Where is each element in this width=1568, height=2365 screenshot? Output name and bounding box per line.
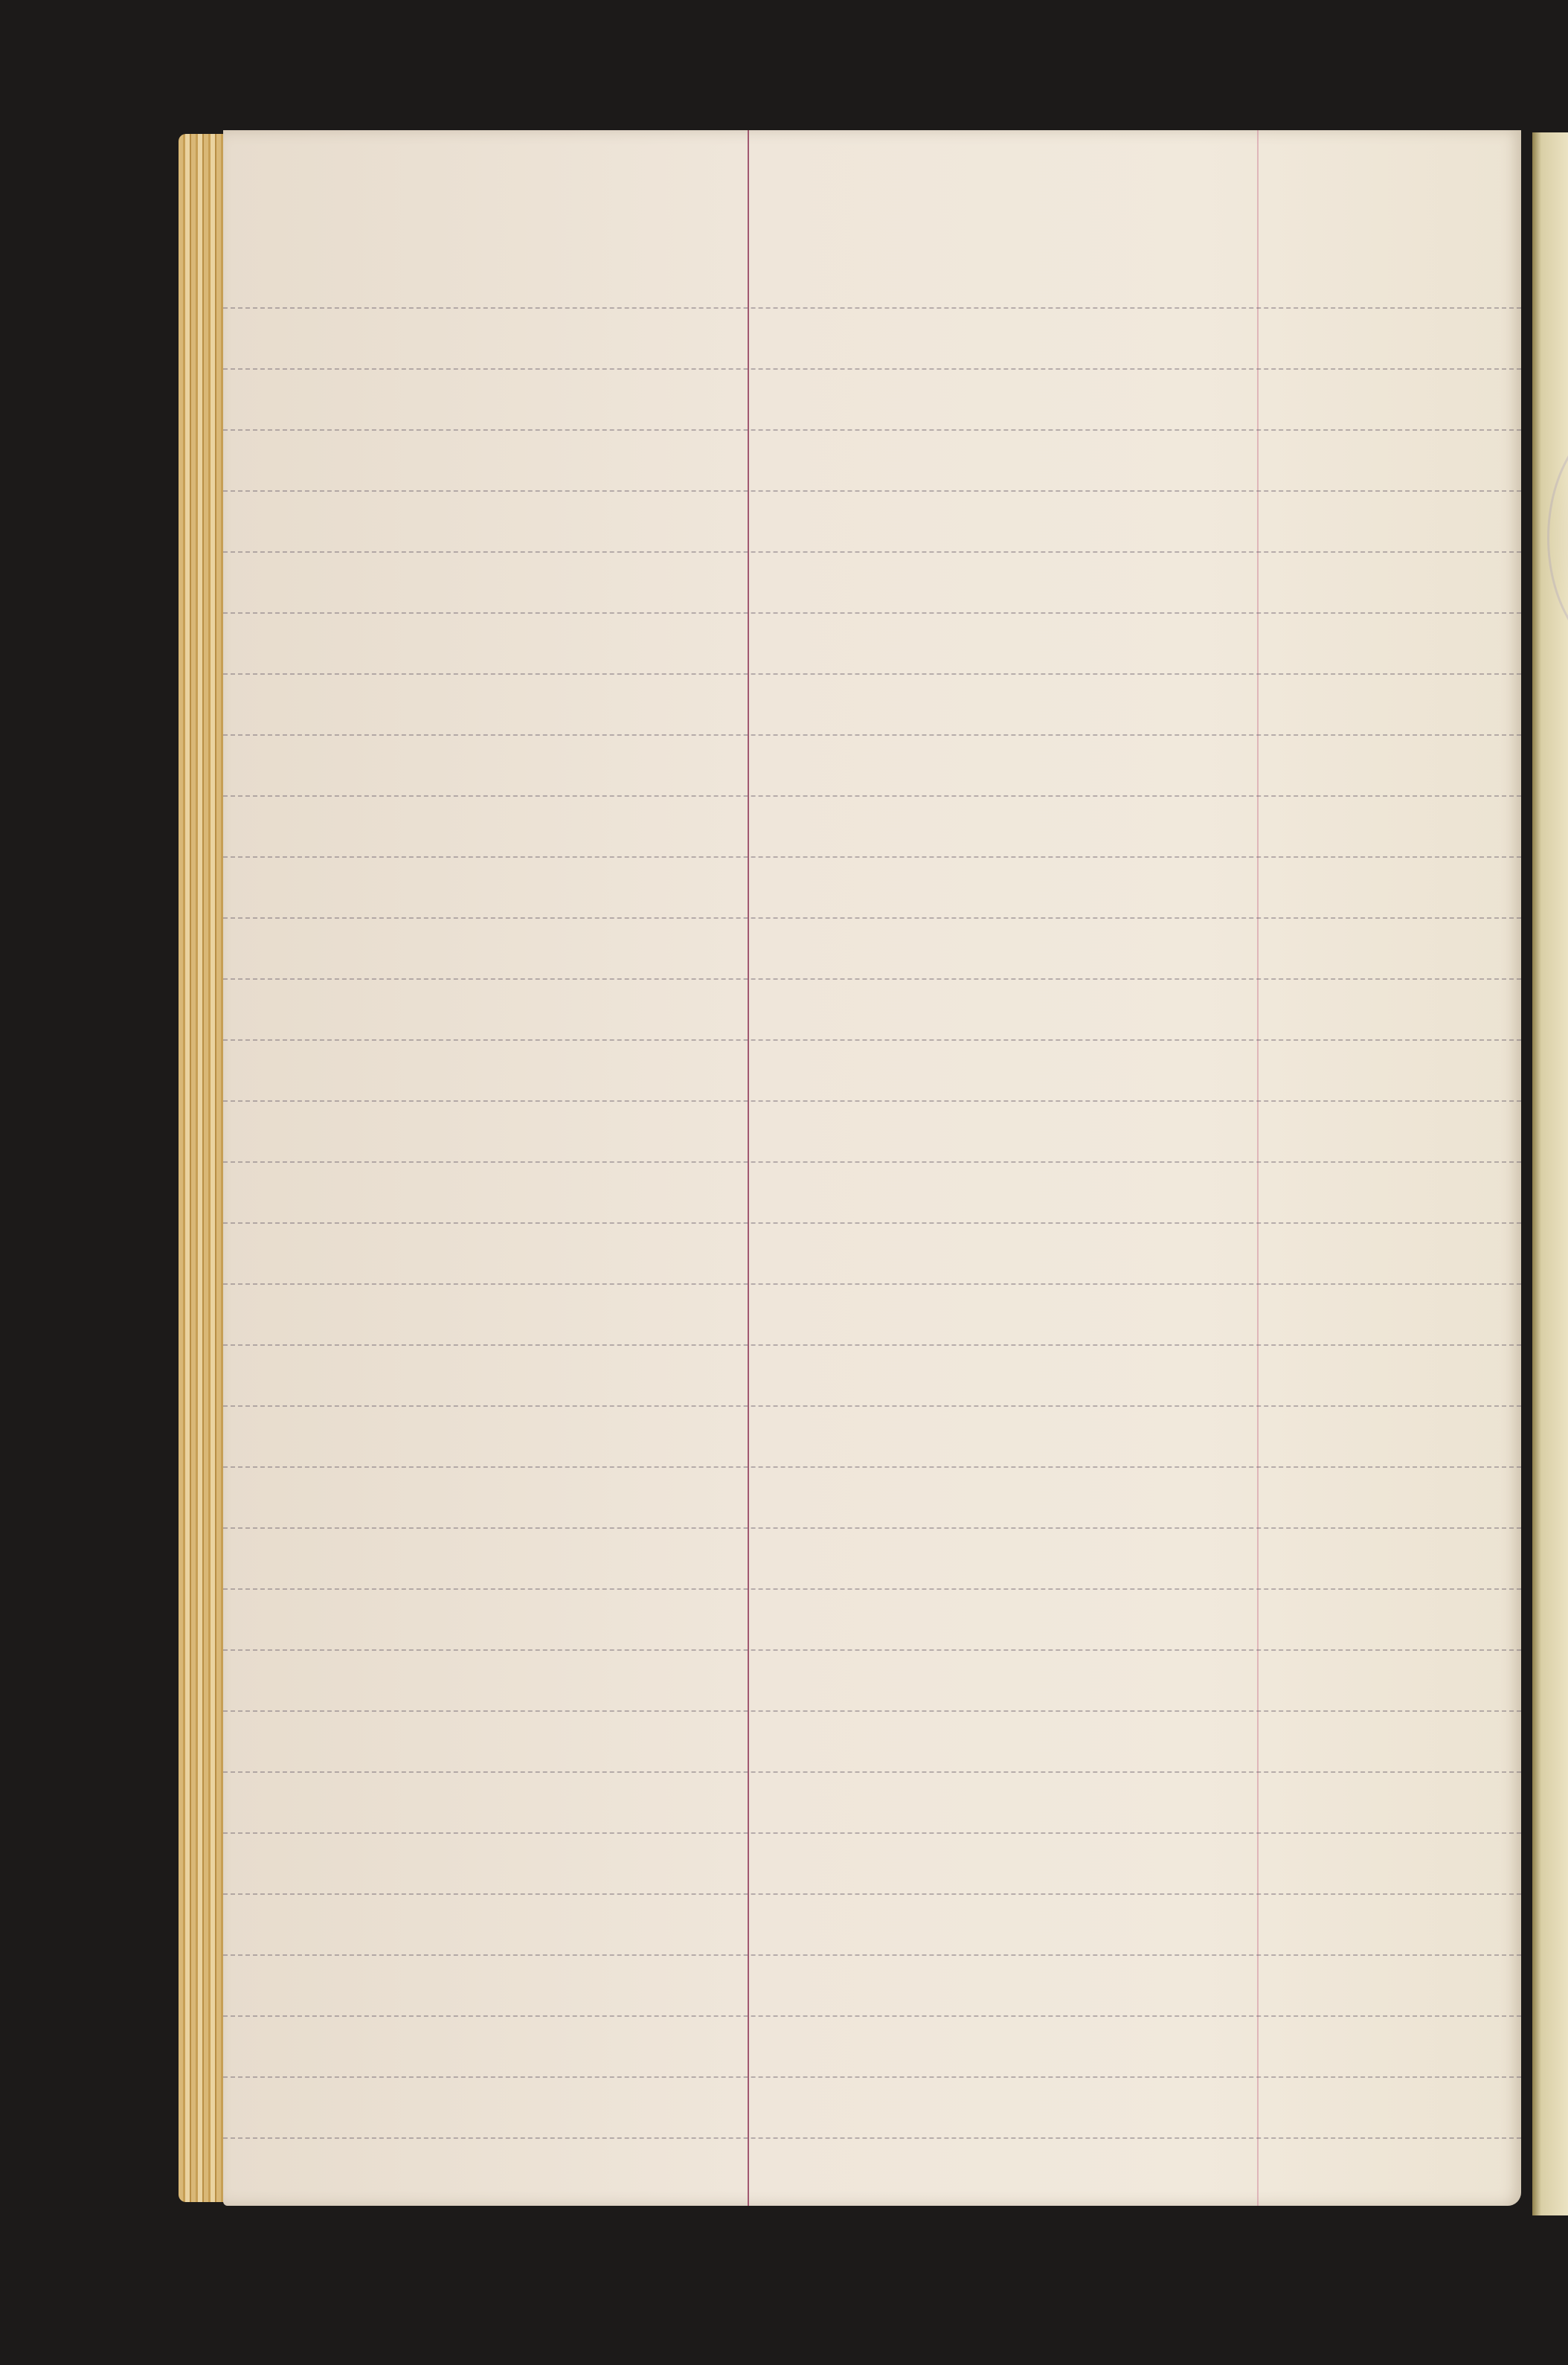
rule-line [223, 551, 1521, 553]
rule-line [223, 1649, 1521, 1651]
rule-line [223, 368, 1521, 370]
rule-line [223, 1222, 1521, 1224]
rule-line [223, 1954, 1521, 1956]
ledger-page [223, 130, 1521, 2206]
rule-line [223, 1832, 1521, 1834]
rule-line [223, 1100, 1521, 1102]
rule-line [223, 429, 1521, 431]
rule-line [223, 2015, 1521, 2017]
rule-line [223, 1344, 1521, 1346]
rule-line [223, 2137, 1521, 2139]
rule-line [223, 2076, 1521, 2078]
rule-line [223, 1771, 1521, 1773]
rule-line [223, 1710, 1521, 1712]
rule-line [223, 917, 1521, 919]
rule-line [223, 612, 1521, 614]
rule-line [223, 795, 1521, 797]
rule-line [223, 1893, 1521, 1895]
rule-line [223, 307, 1521, 309]
rule-line [223, 490, 1521, 492]
rule-line [223, 1466, 1521, 1468]
rule-line [223, 673, 1521, 675]
rule-line [223, 1161, 1521, 1163]
rule-line [223, 1405, 1521, 1407]
rule-line [223, 1039, 1521, 1041]
rule-line [223, 856, 1521, 858]
rule-line [223, 1283, 1521, 1285]
rule-line [223, 1588, 1521, 1590]
rule-line [223, 1527, 1521, 1529]
rule-line [223, 978, 1521, 980]
rule-line [223, 734, 1521, 736]
facing-page-edge [1532, 132, 1568, 2215]
